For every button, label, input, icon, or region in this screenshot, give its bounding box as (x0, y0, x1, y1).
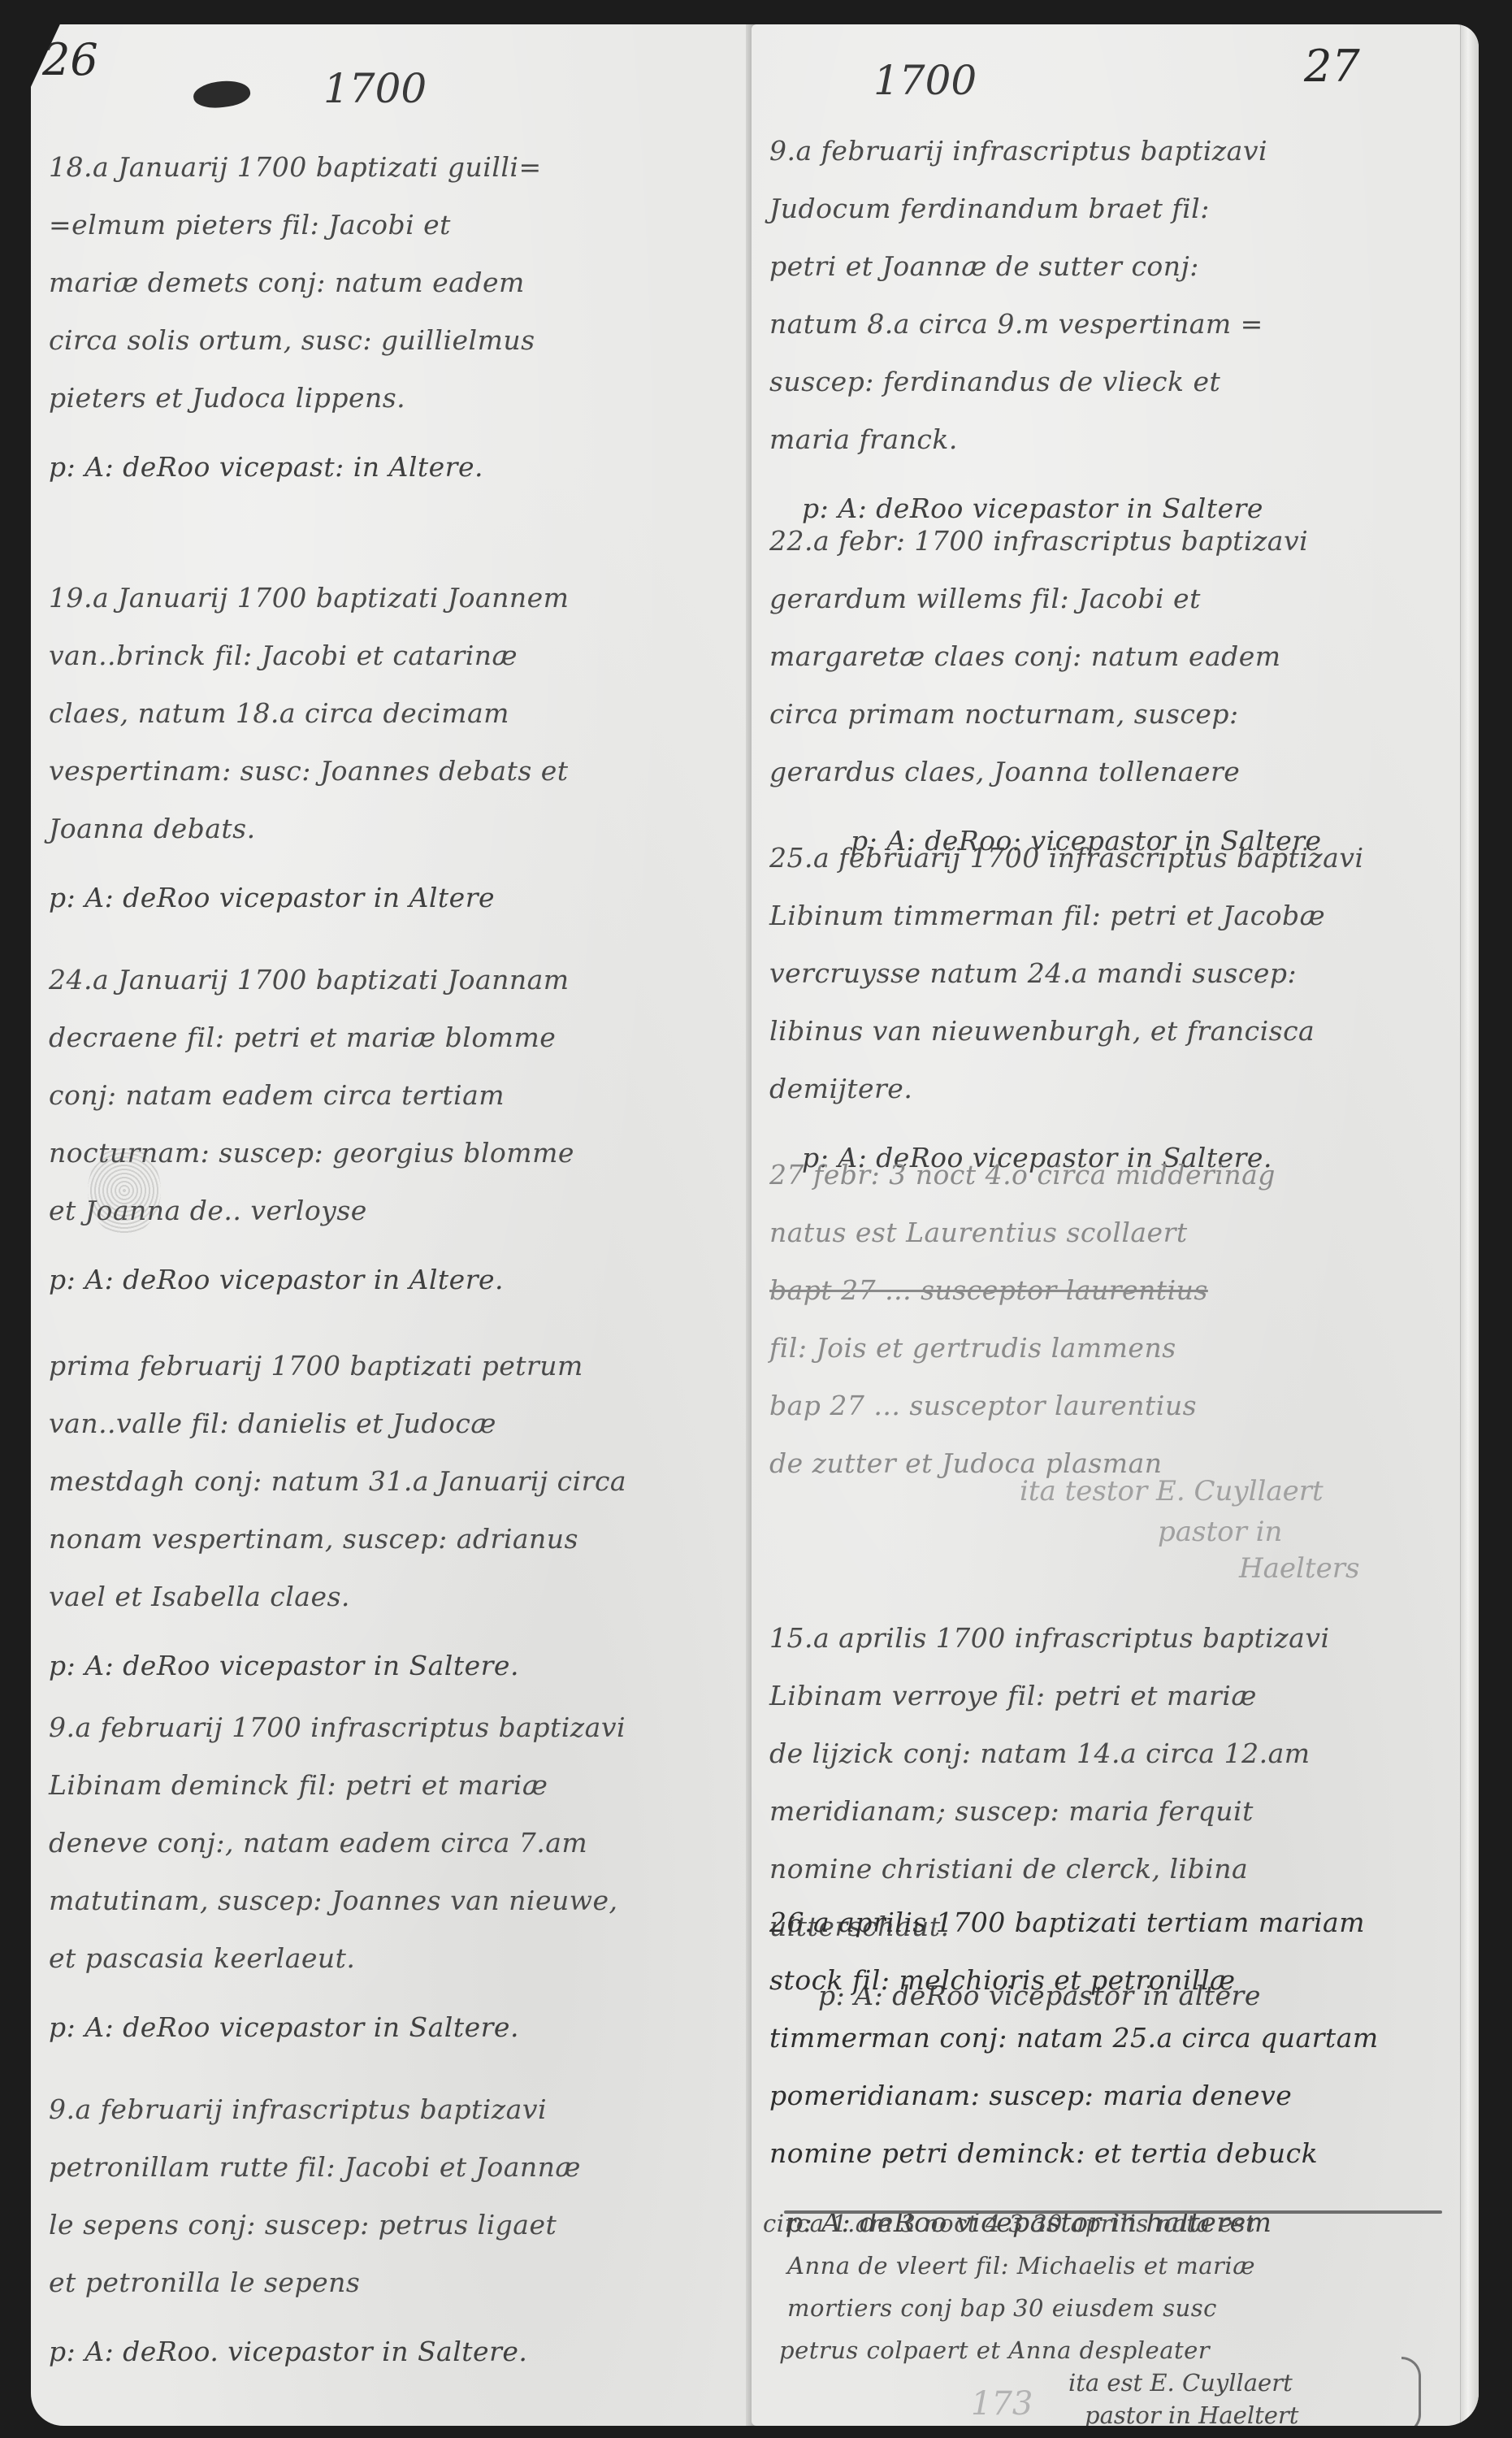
entry-line: 27 febr: 3 noct 4.o circa midderinag (769, 1146, 1276, 1204)
priest-signature: p: A: deRoo vicepastor in Saltere. (49, 1637, 626, 1694)
entry-line: gerardus claes, Joanna tollenaere (769, 743, 1322, 800)
entry-line: van..valle fil: danielis et Judocæ (49, 1395, 626, 1452)
pencil-page-number: 173 (971, 2385, 1033, 2423)
entry-line: Libinam deminck fil: petri et mariæ (49, 1756, 626, 1814)
baptism-entry: 9.a februarij infrascriptus baptizavi pe… (49, 2080, 581, 2380)
entry-line: mariæ demets conj: natum eadem (49, 254, 542, 311)
baptism-entry: 9.a februarij 1700 infrascriptus baptiza… (49, 1698, 626, 2056)
priest-signature: p: A: deRoo vicepastor in Saltere. (49, 1998, 626, 2056)
entry-line: 22.a febr: 1700 infrascriptus baptizavi (769, 512, 1322, 570)
year-header-right: 1700 (873, 57, 977, 104)
entry-line: 9.a februarij 1700 infrascriptus baptiza… (49, 1698, 626, 1756)
entry-line: demijtere. (769, 1060, 1364, 1117)
entry-line: 24.a Januarij 1700 baptizati Joannam (49, 951, 574, 1009)
attestation-line: ita testor E. Cuyllaert (1020, 1475, 1324, 1507)
baptism-entry: 19.a Januarij 1700 baptizati Joannem van… (49, 569, 569, 926)
entry-line: bapt 27 ... susceptor laurentius (769, 1261, 1276, 1319)
entry-line: pomeridianam: suscep: maria deneve (769, 2067, 1379, 2124)
entry-line: gerardum willems fil: Jacobi et (769, 570, 1322, 627)
ink-blot-icon (192, 77, 252, 111)
entry-line: decraene fil: petri et mariæ blomme (49, 1009, 574, 1066)
attestation-line: ita est E. Cuyllaert (1068, 2369, 1293, 2397)
entry-line: 9.a februarij infrascriptus baptizavi (49, 2080, 581, 2138)
entry-line: de lijzick conj: natam 14.a circa 12.am (769, 1724, 1330, 1782)
entry-line: Joanna debats. (49, 800, 569, 857)
entry-line: nocturnam: suscep: georgius blomme (49, 1124, 574, 1182)
entry-line: 26.a aprilis 1700 baptizati tertiam mari… (769, 1894, 1379, 1951)
entry-line: circa 1.am 3 noct 4 3 30 aprilis nata es… (763, 2202, 1255, 2245)
entry-line: mestdagh conj: natum 31.a Januarij circa (49, 1452, 626, 1510)
priest-signature: p: A: deRoo vicepastor in Altere. (49, 1251, 574, 1308)
year-header-left: 1700 (323, 65, 427, 112)
entry-line: van..brinck fil: Jacobi et catarinæ (49, 627, 569, 684)
entry-line: bap 27 ... susceptor laurentius (769, 1377, 1276, 1434)
entry-line: Anna de vleert fil: Michaelis et mariæ (763, 2245, 1255, 2287)
entry-line: petrus colpaert et Anna despleater (763, 2329, 1255, 2371)
entry-line: conj: natam eadem circa tertiam (49, 1066, 574, 1124)
entry-line: margaretæ claes conj: natum eadem (769, 627, 1322, 685)
entry-line: natus est Laurentius scollaert (769, 1204, 1276, 1261)
entry-line: et Joanna de.. verloyse (49, 1182, 574, 1239)
folio-number-right: 27 (1304, 41, 1360, 92)
baptism-entry: 24.a Januarij 1700 baptizati Joannam dec… (49, 951, 574, 1308)
priest-signature: p: A: deRoo. vicepastor in Saltere. (49, 2323, 581, 2380)
entry-line: nomine petri deminck: et tertia debuck (769, 2124, 1379, 2182)
baptism-entry: 26.a aprilis 1700 baptizati tertiam mari… (769, 1894, 1379, 2251)
entry-line: circa solis ortum, susc: guillielmus (49, 311, 542, 369)
entry-line: circa primam nocturnam, suscep: (769, 685, 1322, 743)
entry-line: 25.a februarij 1700 infrascriptus baptiz… (769, 829, 1364, 887)
attestation-line: pastor in Haeltert (1085, 2401, 1298, 2426)
entry-line: fil: Jois et gertrudis lammens (769, 1319, 1276, 1377)
entry-line: Libinam verroye fil: petri et mariæ (769, 1667, 1330, 1724)
entry-line: meridianam; suscep: maria ferquit (769, 1782, 1330, 1840)
entry-line: stock fil: melchioris et petronillæ (769, 1951, 1379, 2009)
entry-line: Judocum ferdinandum braet fil: (769, 180, 1267, 237)
entry-line: nonam vespertinam, suscep: adrianus (49, 1510, 626, 1568)
entry-line: mortiers conj bap 30 eiusdem susc (763, 2287, 1255, 2329)
baptism-entry: 9.a februarij infrascriptus baptizavi Ju… (769, 122, 1267, 537)
entry-line: pieters et Judoca lippens. (49, 369, 542, 427)
right-page: 1700 27 9.a februarij infrascriptus bapt… (752, 24, 1479, 2426)
entry-line: deneve conj:, natam eadem circa 7.am (49, 1814, 626, 1872)
scanned-register-spread: 26 1700 18.a Januarij 1700 baptizati gui… (0, 0, 1512, 2438)
baptism-entry: 25.a februarij 1700 infrascriptus baptiz… (769, 829, 1364, 1186)
entry-line: =elmum pieters fil: Jacobi et (49, 196, 542, 254)
entry-line: prima februarij 1700 baptizati petrum (49, 1337, 626, 1395)
attestation-line: Haelters (1239, 1552, 1359, 1585)
entry-line: maria franck. (769, 410, 1267, 468)
baptism-entry: 18.a Januarij 1700 baptizati guilli= =el… (49, 138, 542, 496)
priest-signature: p: A: deRoo vicepastor in Altere (49, 869, 569, 926)
entry-line: 9.a februarij infrascriptus baptizavi (769, 122, 1267, 180)
entry-line: le sepens conj: suscep: petrus ligaet (49, 2196, 581, 2254)
entry-line: natum 8.a circa 9.m vespertinam = (769, 295, 1267, 353)
entry-line: libinus van nieuwenburgh, et francisca (769, 1002, 1364, 1060)
later-annotation-entry: 27 febr: 3 noct 4.o circa midderinag nat… (769, 1146, 1276, 1492)
entry-line: Libinum timmerman fil: petri et Jacobæ (769, 887, 1364, 944)
entry-line: vael et Isabella claes. (49, 1568, 626, 1625)
entry-line: nomine christiani de clerck, libina (769, 1840, 1330, 1898)
priest-signature: p: A: deRoo vicepast: in Altere. (49, 438, 542, 496)
entry-line: 19.a Januarij 1700 baptizati Joannem (49, 569, 569, 627)
brace-mark (1402, 2357, 1421, 2426)
entry-line: claes, natum 18.a circa decimam (49, 684, 569, 742)
entry-line: matutinam, suscep: Joannes van nieuwe, (49, 1872, 626, 1929)
entry-line: timmerman conj: natam 25.a circa quartam (769, 2009, 1379, 2067)
baptism-entry: 22.a febr: 1700 infrascriptus baptizavi … (769, 512, 1322, 870)
entry-line: 18.a Januarij 1700 baptizati guilli= (49, 138, 542, 196)
entry-line: petronillam rutte fil: Jacobi et Joannæ (49, 2138, 581, 2196)
entry-line: vespertinam: susc: Joannes debats et (49, 742, 569, 800)
baptism-entry: prima februarij 1700 baptizati petrum va… (49, 1337, 626, 1694)
entry-line: et pascasia keerlaeut. (49, 1929, 626, 1987)
entry-line: 15.a aprilis 1700 infrascriptus baptizav… (769, 1609, 1330, 1667)
entry-line: vercruysse natum 24.a mandi suscep: (769, 944, 1364, 1002)
folio-number-left: 26 (42, 34, 98, 85)
entry-line: petri et Joannæ de sutter conj: (769, 237, 1267, 295)
entry-line: suscep: ferdinandus de vlieck et (769, 353, 1267, 410)
left-page: 26 1700 18.a Januarij 1700 baptizati gui… (31, 24, 758, 2426)
entry-line: et petronilla le sepens (49, 2254, 581, 2311)
attestation-line: pastor in (1158, 1516, 1282, 1548)
birth-baptism-note: circa 1.am 3 noct 4 3 30 aprilis nata es… (763, 2202, 1255, 2371)
